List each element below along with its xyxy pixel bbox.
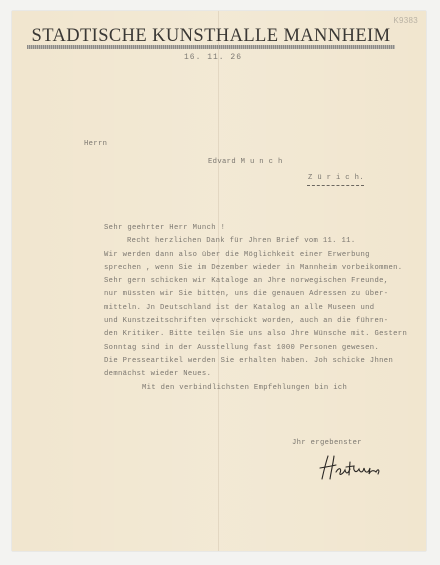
recipient-name: Edvard M u n c h: [208, 158, 283, 166]
recipient-city: Z ü r i c h.: [308, 174, 364, 182]
letterhead-title: STADTISCHE KUNSTHALLE MANNHEIM: [26, 26, 396, 47]
letter-body: Sehr geehrter Herr Munch ! Recht herzlic…: [104, 222, 414, 395]
body-line: demnächst wieder Neues.: [104, 368, 414, 381]
valediction: Mit den verbindlichsten Empfehlungen bin…: [104, 382, 414, 395]
body-line: Recht herzlichen Dank für Jhren Brief vo…: [104, 235, 414, 248]
letter-date: 16. 11. 26: [184, 53, 242, 62]
archive-number: K9383: [393, 16, 418, 25]
city-underline: [307, 185, 364, 186]
letterhead-rule: [27, 45, 395, 49]
signature-icon: [316, 452, 396, 482]
body-line: den Kritiker. Bitte teilen Sie uns also …: [104, 328, 414, 341]
recipient-salutation: Herrn: [84, 140, 107, 148]
body-line: und Kunstzeitschriften verschickt worden…: [104, 315, 414, 328]
body-line: Die Presseartikel werden Sie erhalten ha…: [104, 355, 414, 368]
body-line: mitteln. Jn Deutschland ist der Katalog …: [104, 302, 414, 315]
body-line: Sehr gern schicken wir Kataloge an Jhre …: [104, 275, 414, 288]
greeting: Sehr geehrter Herr Munch !: [104, 222, 414, 235]
body-line: nur müssten wir Sie bitten, uns die gena…: [104, 288, 414, 301]
body-line: Sonntag sind in der Ausstellung fast 100…: [104, 342, 414, 355]
body-line: sprechen , wenn Sie im Dezember wieder i…: [104, 262, 414, 275]
body-line: Wir werden dann also über die Möglichkei…: [104, 249, 414, 262]
closing-phrase: Jhr ergebenster: [292, 439, 362, 447]
handwritten-signature: [316, 452, 396, 482]
